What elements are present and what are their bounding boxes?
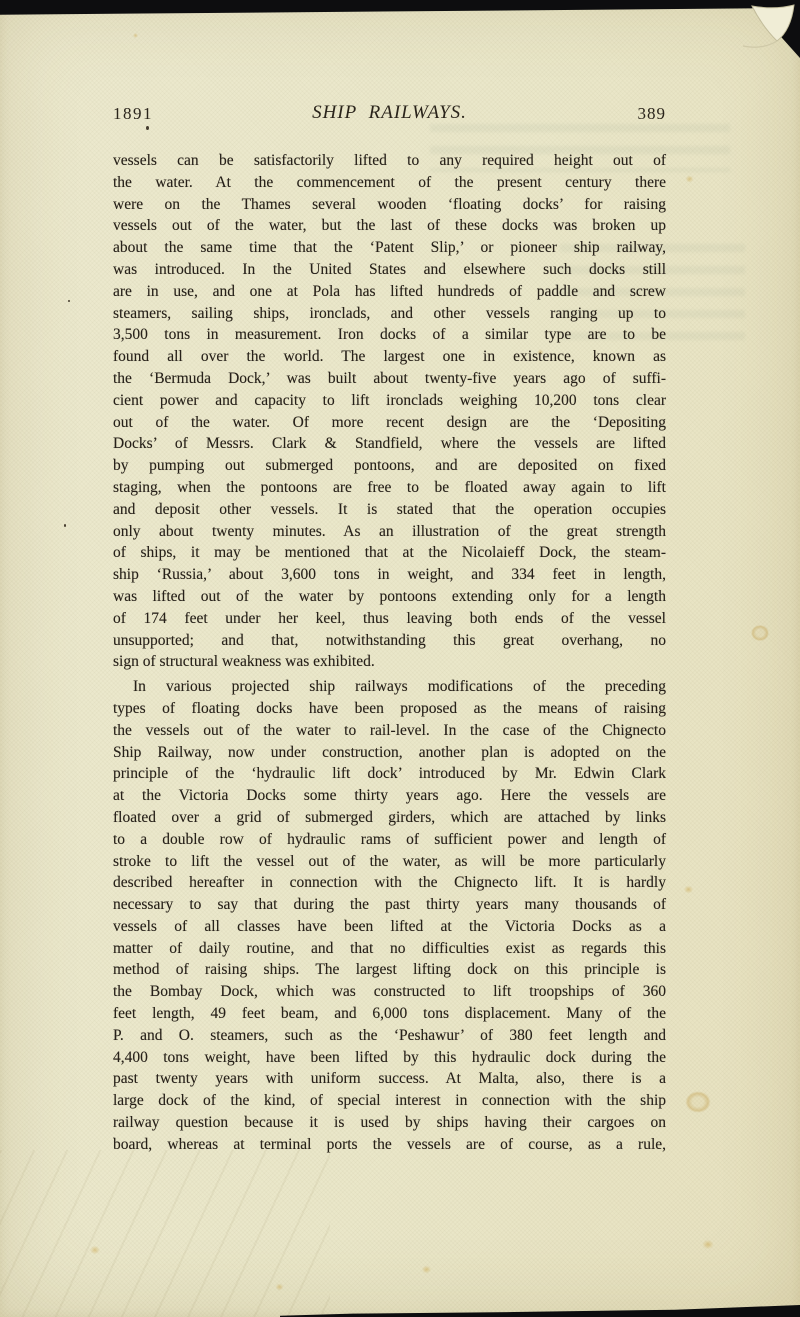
- text-line: P. and O. steamers, such as the ‘Peshawu…: [113, 1025, 666, 1047]
- body-text: vessels can be satisfactorily lifted to …: [113, 150, 666, 1156]
- stain-spot: [274, 1282, 285, 1292]
- text-line: of ships, it may be mentioned that at th…: [113, 542, 666, 564]
- paper-wrinkles: [0, 1150, 330, 1317]
- stain-spot: [682, 884, 695, 895]
- text-line: by pumping out submerged pontoons, and a…: [113, 455, 666, 477]
- text-line: are in use, and one at Pola has lifted h…: [113, 281, 666, 303]
- folded-corner-graphic: [680, 0, 800, 150]
- stain-spot: [750, 624, 770, 642]
- text-line: Docks’ of Messrs. Clark & Standfield, wh…: [113, 433, 666, 455]
- stain-spot: [684, 1090, 712, 1114]
- text-line: the water. At the commencement of the pr…: [113, 172, 666, 194]
- text-line: floated over a grid of submerged girders…: [113, 807, 666, 829]
- text-line: board, whereas at terminal ports the ves…: [113, 1134, 666, 1156]
- page-header: 1891 SHIP RAILWAYS. 389: [113, 102, 666, 128]
- text-line: was introduced. In the United States and…: [113, 259, 666, 281]
- text-line: past twenty years with uniform success. …: [113, 1068, 666, 1090]
- text-line: only about twenty minutes. As an illustr…: [113, 521, 666, 543]
- text-line: was lifted out of the water by pontoons …: [113, 586, 666, 608]
- text-line: stroke to lift the vessel out of the wat…: [113, 851, 666, 873]
- text-line: were on the Thames several wooden ‘float…: [113, 194, 666, 216]
- text-line: necessary to say that during the past th…: [113, 894, 666, 916]
- text-line: unsupported; and that, notwithstanding t…: [113, 630, 666, 652]
- scanned-book-page: { "page": { "header": { "year": "1891", …: [0, 0, 800, 1317]
- text-line: method of raising ships. The largest lif…: [113, 959, 666, 981]
- text-line: 4,400 tons weight, have been lifted by t…: [113, 1047, 666, 1069]
- text-line: described hereafter in connection with t…: [113, 872, 666, 894]
- stain-spot: [684, 174, 695, 184]
- text-line: staging, when the pontoons are free to b…: [113, 477, 666, 499]
- page-number: 389: [638, 104, 667, 124]
- text-line: and deposit other vessels. It is stated …: [113, 499, 666, 521]
- text-line: 3,500 tons in measurement. Iron docks of…: [113, 324, 666, 346]
- text-line: types of floating docks have been propos…: [113, 698, 666, 720]
- text-line: the ‘Bermuda Dock,’ was built about twen…: [113, 368, 666, 390]
- ink-speck: [64, 524, 66, 527]
- text-line: the Bombay Dock, which was constructed t…: [113, 981, 666, 1003]
- text-line: vessels out of the water, but the last o…: [113, 215, 666, 237]
- text-line: vessels of all classes have been lifted …: [113, 916, 666, 938]
- stain-spot: [132, 32, 139, 39]
- folded-corner: [680, 0, 800, 150]
- text-line: ship ‘Russia,’ about 3,600 tons in weigh…: [113, 564, 666, 586]
- text-line: railway question because it is used by s…: [113, 1112, 666, 1134]
- text-line: out of the water. Of more recent design …: [113, 412, 666, 434]
- header-year: 1891: [113, 104, 153, 124]
- text-line: cient power and capacity to lift ironcla…: [113, 390, 666, 412]
- ink-speck: [146, 126, 149, 130]
- text-line: feet length, 49 feet beam, and 6,000 ton…: [113, 1003, 666, 1025]
- text-line: Ship Railway, now under construction, an…: [113, 742, 666, 764]
- stain-spot: [700, 1238, 716, 1251]
- page-paper: 1891 SHIP RAILWAYS. 389 vessels can be s…: [0, 0, 800, 1317]
- text-line: the vessels out of the water to rail-lev…: [113, 720, 666, 742]
- text-line: to a double row of hydraulic rams of suf…: [113, 829, 666, 851]
- running-title: SHIP RAILWAYS.: [312, 102, 467, 124]
- text-line: In various projected ship railways modif…: [113, 676, 666, 698]
- text-line: at the Victoria Docks some thirty years …: [113, 785, 666, 807]
- text-line: vessels can be satisfactorily lifted to …: [113, 150, 666, 172]
- paragraph-2: In various projected ship railways modif…: [113, 676, 666, 1156]
- text-line: sign of structural weakness was exhibite…: [113, 651, 666, 673]
- text-line: principle of the ‘hydraulic lift dock’ i…: [113, 763, 666, 785]
- stain-spot: [420, 1264, 433, 1275]
- text-line: about the same time that the ‘Patent Sli…: [113, 237, 666, 259]
- text-line: of 174 feet under her keel, thus leaving…: [113, 608, 666, 630]
- text-line: found all over the world. The largest on…: [113, 346, 666, 368]
- text-line: large dock of the kind, of special inter…: [113, 1090, 666, 1112]
- ink-speck: [68, 300, 70, 302]
- paragraph-1: vessels can be satisfactorily lifted to …: [113, 150, 666, 673]
- fold-crease: [743, 41, 777, 47]
- text-line: steamers, sailing ships, ironclads, and …: [113, 303, 666, 325]
- stain-spot: [88, 1244, 102, 1256]
- text-line: matter of daily routine, and that no dif…: [113, 938, 666, 960]
